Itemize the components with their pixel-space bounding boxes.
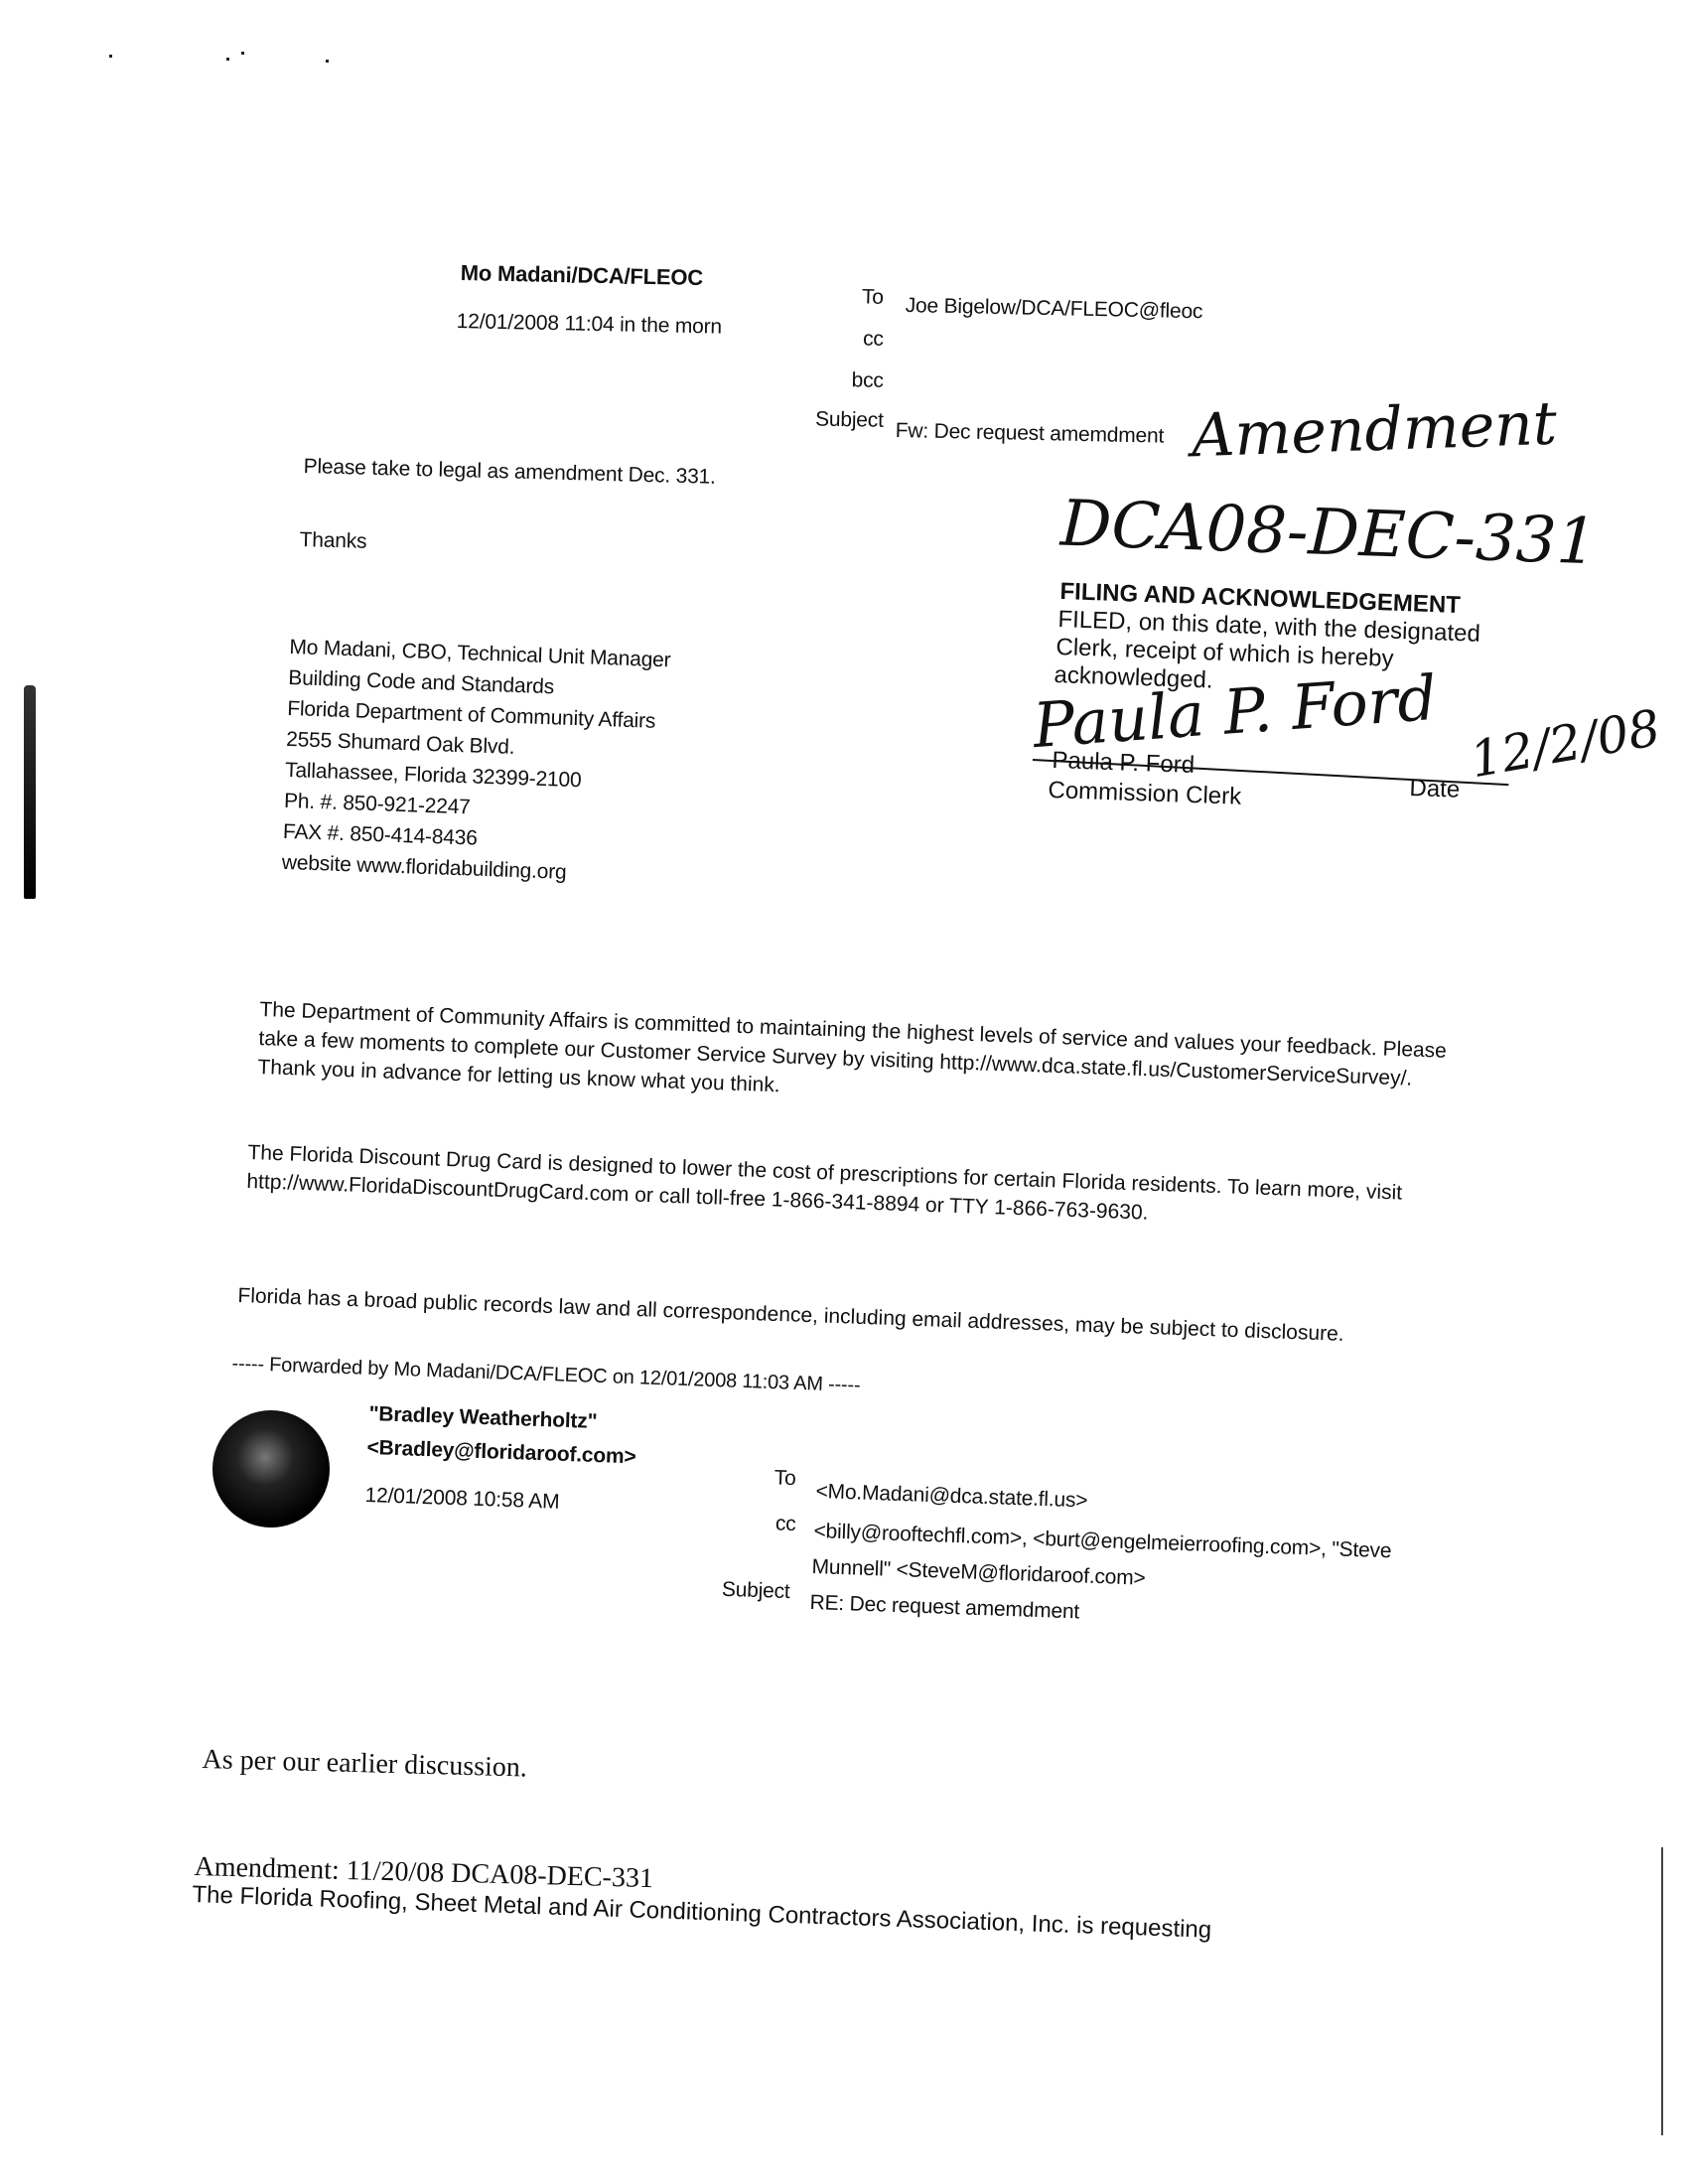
subject-label: Subject [793,407,883,433]
stamp-date-label: Date [1409,775,1461,804]
fwd-subject-value: RE: Dec request amemdment [809,1591,1079,1624]
scan-speck [241,52,244,55]
fwd-to-label: To [706,1464,796,1491]
fwd-sender-name: "Bradley Weatherholtz" [368,1402,598,1434]
public-records-notice: Florida has a broad public records law a… [237,1281,1429,1352]
handwritten-amendment: Amendment [1191,389,1558,472]
subject-value: Fw: Dec request amemdment [895,419,1164,449]
signature-block: Mo Madani, CBO, Technical Unit Manager B… [281,632,671,891]
fwd-body: As per our earlier discussion. [202,1744,527,1785]
fwd-sender-email[interactable]: <Bradley@floridaroof.com> [366,1436,636,1469]
amendment-line: The Florida Roofing, Sheet Metal and Air… [192,1881,1212,1945]
scan-speck [226,58,229,61]
sender-name: Mo Madani/DCA/FLEOC [460,260,703,291]
scan-edge-mark [24,685,36,899]
fwd-to-value[interactable]: <Mo.Madani@dca.state.fl.us> [815,1480,1088,1514]
to-label: To [793,284,883,310]
body-line: Please take to legal as amendment Dec. 3… [303,455,716,490]
body-line: Thanks [299,528,366,554]
sender-avatar [212,1410,330,1528]
fwd-cc-label: cc [706,1510,796,1536]
forward-banner: ----- Forwarded by Mo Madani/DCA/FLEOC o… [231,1353,861,1397]
stamp-signer-name: Paula P. Ford [1052,747,1196,780]
cc-label: cc [793,326,883,352]
sent-date: 12/01/2008 11:04 in the morn [456,310,722,340]
stamp-signer-title: Commission Clerk [1048,777,1242,811]
scan-speck [109,55,112,58]
fwd-cc-value[interactable]: <billy@rooftechfl.com>, <burt@engelmeier… [813,1520,1392,1563]
fwd-sent-date: 12/01/2008 10:58 AM [364,1484,560,1515]
to-value[interactable]: Joe Bigelow/DCA/FLEOC@fleoc [905,294,1202,324]
drug-card-notice: The Florida Discount Drug Card is design… [246,1138,1439,1238]
scan-edge-line [1661,1847,1663,2135]
handwritten-date: 12/2/08 [1466,699,1664,790]
bcc-label: bcc [793,367,883,393]
survey-notice: The Department of Community Affairs is c… [257,995,1451,1123]
fwd-cc-value-cont[interactable]: Munnell" <SteveM@floridaroof.com> [811,1555,1146,1591]
fwd-subject-label: Subject [700,1577,790,1604]
scan-speck [326,60,329,63]
handwritten-docket: DCA08-DEC-331 [1059,488,1599,580]
